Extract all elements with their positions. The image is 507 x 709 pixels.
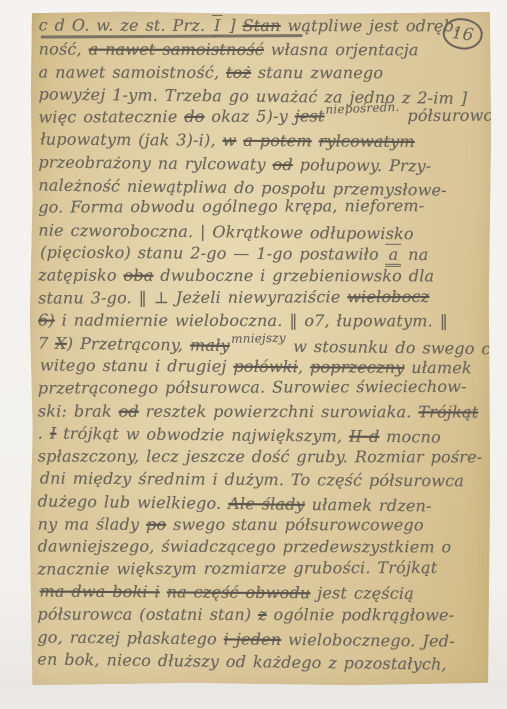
struck-text: po [146,514,166,533]
struck-text: na część obwodu [167,583,311,603]
handwritten-text: c d O. w. ze st. Prz. I ] Stan wątpliwe … [28,11,491,688]
struck-text: od [272,155,292,174]
text-segment: dni między średnim i dużym. To część pół… [40,469,464,491]
struck-text: jest [295,106,325,125]
text-segment: własna orjentacja [264,40,419,59]
struck-text: Stan [243,16,281,35]
manuscript-page: c d O. w. ze st. Prz. I ] Stan wątpliwe … [28,11,491,688]
struck-text: II d [349,427,379,446]
text-body: ność, a nawet samoistność własna orjenta… [37,39,485,673]
struck-text: ma dwa boki i [39,582,159,602]
text-segment: go, raczej płaskatego [37,627,224,648]
text-line: en bok, nieco dłuższy od każdego z pozos… [37,649,484,677]
text-segment: ) Przetrącony, [67,334,190,355]
page-number: 16 [451,23,475,46]
text-line: a nawet samoistność, toż stanu zwanego [39,61,486,85]
struck-text: wielobocz [347,287,429,306]
struck-text: toż [226,63,251,82]
text-line: ność, a nawet samoistność własna orjenta… [39,39,486,63]
text-segment: wielobocznego. Jed- [281,629,455,650]
text-line: półsurowca (ostatni stan) z ogólnie podk… [37,603,484,627]
text-segment: 7 [38,333,55,352]
text-line: dawniejszego, świadczącego przedewszystk… [38,536,485,560]
text-segment: połupowy. Przy- [293,155,432,175]
struck-text: i jeden [224,629,282,649]
text-segment: ułamek rdzen- [305,495,432,516]
text-segment: ski: brak [38,401,119,420]
struck-text: oba [123,266,153,285]
struck-text: rylcowatym [318,132,414,152]
text-segment: I [212,15,223,36]
text-segment: znacznie większym rozmiarze grubości. Tr… [37,558,437,579]
text-segment: półsurowca (ostatni stan) [37,604,258,623]
text-segment: witego stanu i drugiej [40,356,234,376]
text-segment: przeobrażony na rylcowaty [38,153,272,174]
text-segment: okaz 5)-y [205,106,295,125]
struck-text: w [223,131,237,150]
struck-text: X [55,334,67,353]
text-segment: . [38,424,50,443]
text-segment: zatępisko [38,266,123,285]
struck-text: Trójkąt [418,402,478,421]
text-segment: dawniejszego, świadczącego przedewszystk… [38,537,452,557]
text-segment: mocno [379,427,441,447]
text-line: dni między średnim i dużym. To część pół… [40,468,487,493]
text-segment: ny ma ślady [38,514,146,533]
text-segment: (pięciosko) stanu 2-go — 1-go postawiło [40,243,386,264]
text-segment: półsurowcem [401,105,507,124]
scan-background: c d O. w. ze st. Prz. I ] Stan wątpliwe … [0,0,507,709]
text-line: (pięciosko) stanu 2-go — 1-go postawiło … [40,242,487,267]
text-segment: ność, [39,40,89,59]
text-line: więc ostatecznie do okaz 5)-y jestniepoś… [38,105,485,129]
text-segment: c d O. w. ze st. Prz. [39,16,212,35]
text-segment: go. Forma obwodu ogólnego krępa, niefore… [38,196,424,217]
text-segment: jest częścią [310,584,414,604]
text-line: go. Forma obwodu ogólnego krępa, niefore… [38,195,485,219]
struck-text: a nawet samoistność [89,40,264,59]
text-segment: na [401,245,428,264]
text-segment: i nadmiernie wieloboczna. ‖ o7, łupowaty… [55,311,448,331]
text-segment: ] [223,16,243,35]
struck-text: a potem [243,131,312,150]
text-segment: nie czworoboczna. | Okrątkowe odłupowisk… [38,220,414,243]
text-segment: ułamek [404,358,471,377]
text-segment: stanu zwanego [251,63,383,82]
text-segment: w stosunku do swego całko- [286,336,507,358]
text-segment: ogólnie podkrągłowe- [267,605,455,624]
text-line: stanu 3-go. ‖ ⊥ Jeżeli niewyraziście wie… [38,285,485,309]
text-segment: spłaszczony, lecz jeszcze dość gruby. Ro… [38,446,483,466]
text-segment: dużego lub wielkiego. [38,492,229,513]
text-segment: przetrąconego półsurowca. Surowiec świec… [38,377,467,398]
text-line: przetrąconego półsurowca. Surowiec świec… [38,376,485,400]
text-segment: wątpliwe jest odręb. [281,16,460,35]
text-line: . I trójkąt w obwodzie największym, II d… [38,423,485,450]
text-segment: resztek powierzchni surowiaka. [139,401,419,421]
struck-text: 6) [38,311,55,330]
text-line: ma dwa boki i na część obwodu jest częśc… [39,581,486,606]
text-segment: a [386,244,402,267]
text-segment: trójkąt w obwodzie największym, [56,424,349,446]
struck-text: od [119,401,139,420]
struck-text: do [184,107,204,126]
text-line: 6) i nadmiernie wieloboczna. ‖ o7, łupow… [38,310,485,334]
text-segment: niepośredn. [325,102,399,115]
text-segment: dwuboczne i grzebieniowsko dla [154,266,435,286]
text-segment: , [298,358,310,377]
text-segment: więc ostatecznie [38,107,184,127]
text-line: znacznie większym rozmiarze grubości. Tr… [37,556,484,580]
struck-text: mały [190,335,230,354]
text-line: zatępisko oba dwuboczne i grzebieniowsko… [38,265,485,289]
struck-text: Ale ślady [228,494,305,514]
text-line: łupowatym (jak 3)-i), w a potem rylcowat… [40,129,487,154]
text-segment: a nawet samoistność, [39,62,226,81]
text-segment: łupowatym (jak 3)-i), [40,130,222,150]
text-segment: en bok, nieco dłuższy od każdego z pozos… [37,650,447,674]
text-segment: stanu 3-go. ‖ ⊥ Jeżeli niewyraziście [38,287,347,307]
struck-text: poprzeczny [310,358,405,378]
text-line: ski: brak od resztek powierzchni surowia… [38,400,485,424]
struck-text: połówki [233,357,298,376]
text-segment: mniejszy [231,333,286,344]
